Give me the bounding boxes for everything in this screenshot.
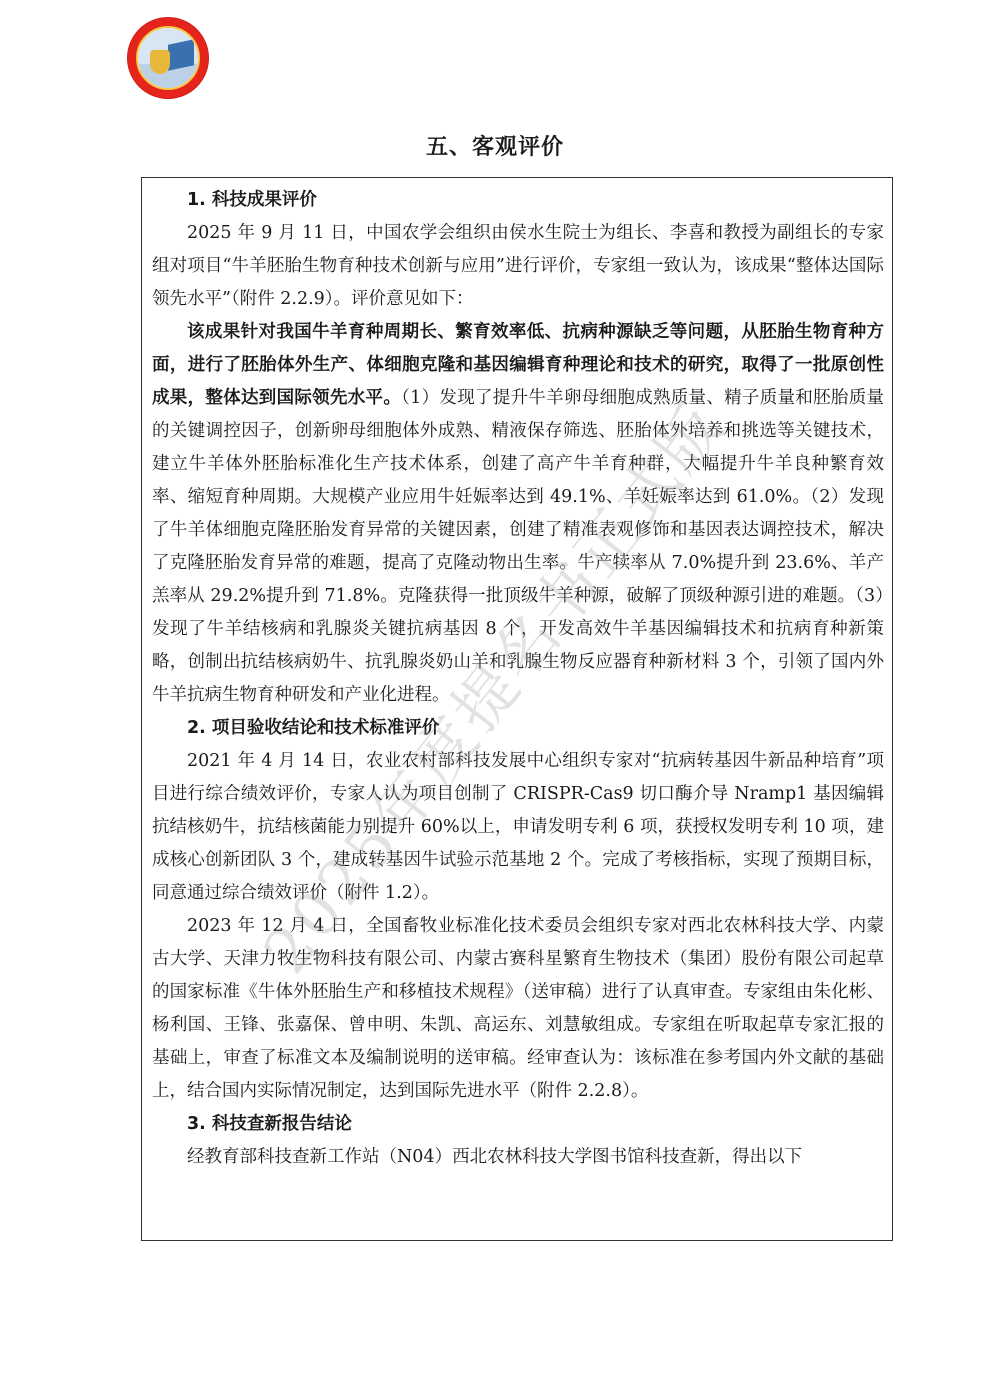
section-1-paragraph-1: 2025 年 9 月 11 日，中国农学会组织由侯水生院士为组长、李喜和教授为副… bbox=[152, 217, 884, 316]
section-1-paragraph-2: 该成果针对我国牛羊育种周期长、繁育效率低、抗病种源缺乏等问题，从胚胎生物育种方面… bbox=[152, 316, 884, 712]
trophy-icon bbox=[150, 50, 170, 74]
evaluation-content: 1. 科技成果评价 2025 年 9 月 11 日，中国农学会组织由侯水生院士为… bbox=[152, 184, 884, 1174]
section-2-paragraph-1: 2021 年 4 月 14 日，农业农村部科技发展中心组织专家对“抗病转基因牛新… bbox=[152, 745, 884, 910]
page-title: 五、客观评价 bbox=[0, 130, 990, 161]
section-heading-3: 3. 科技查新报告结论 bbox=[152, 1108, 884, 1141]
section-2-paragraph-2: 2023 年 12 月 4 日，全国畜牧业标准化技术委员会组织专家对西北农林科技… bbox=[152, 910, 884, 1108]
evaluation-table-frame: 1. 科技成果评价 2025 年 9 月 11 日，中国农学会组织由侯水生院士为… bbox=[141, 177, 893, 1241]
organization-seal-logo bbox=[128, 18, 208, 98]
section-heading-2: 2. 项目验收结论和技术标准评价 bbox=[152, 712, 884, 745]
seal-inner-emblem bbox=[136, 26, 200, 90]
section-heading-1: 1. 科技成果评价 bbox=[152, 184, 884, 217]
building-icon bbox=[168, 39, 194, 71]
section-3-paragraph-1: 经教育部科技查新工作站（N04）西北农林科技大学图书馆科技查新，得出以下 bbox=[152, 1141, 884, 1174]
